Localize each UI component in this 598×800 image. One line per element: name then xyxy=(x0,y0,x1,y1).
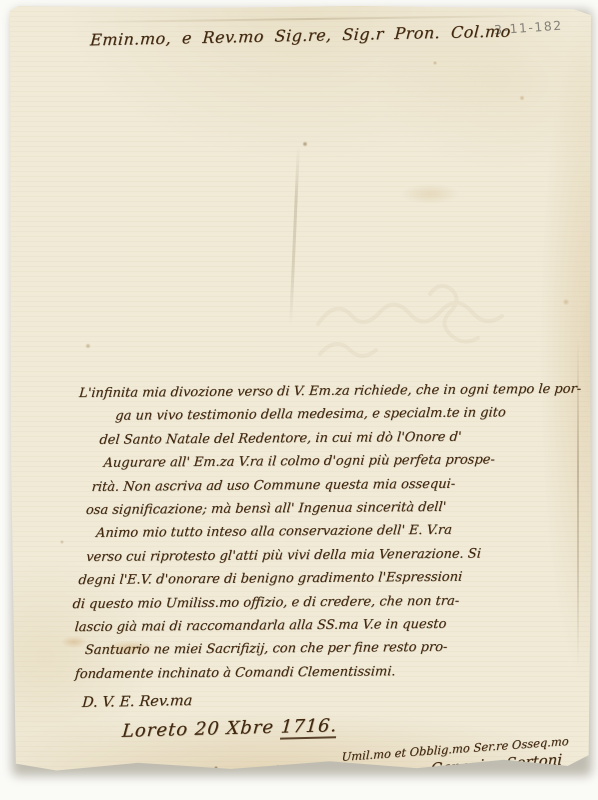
ink-showthrough xyxy=(310,264,540,374)
closing-formula: D. V. E. Rev.ma xyxy=(81,693,192,711)
letter-paper: 3-11-182 Emin.mo, e Rev.mo Sig.re, Sig.r… xyxy=(10,6,591,772)
year-underlined: 1716. xyxy=(280,715,338,740)
body-line: fondamente inchinato à Comandi Clementis… xyxy=(74,659,557,687)
place-date-line: Loreto 20 Xbre 1716. xyxy=(121,715,338,742)
crease-line-vertical xyxy=(289,146,300,326)
scanned-letter-screenshot: 3-11-182 Emin.mo, e Rev.mo Sig.re, Sig.r… xyxy=(0,0,598,800)
salutation-line: Emin.mo, e Rev.mo Sig.re, Sig.r Pron. Co… xyxy=(9,20,591,51)
signature-block: Umil.mo et Obblig.mo Ser.re Osseq.mo Can… xyxy=(341,734,569,784)
place-date-text: Loreto 20 Xbre xyxy=(121,717,281,742)
letter-body: L'infinita mia divozione verso di V. Em.… xyxy=(50,378,579,687)
